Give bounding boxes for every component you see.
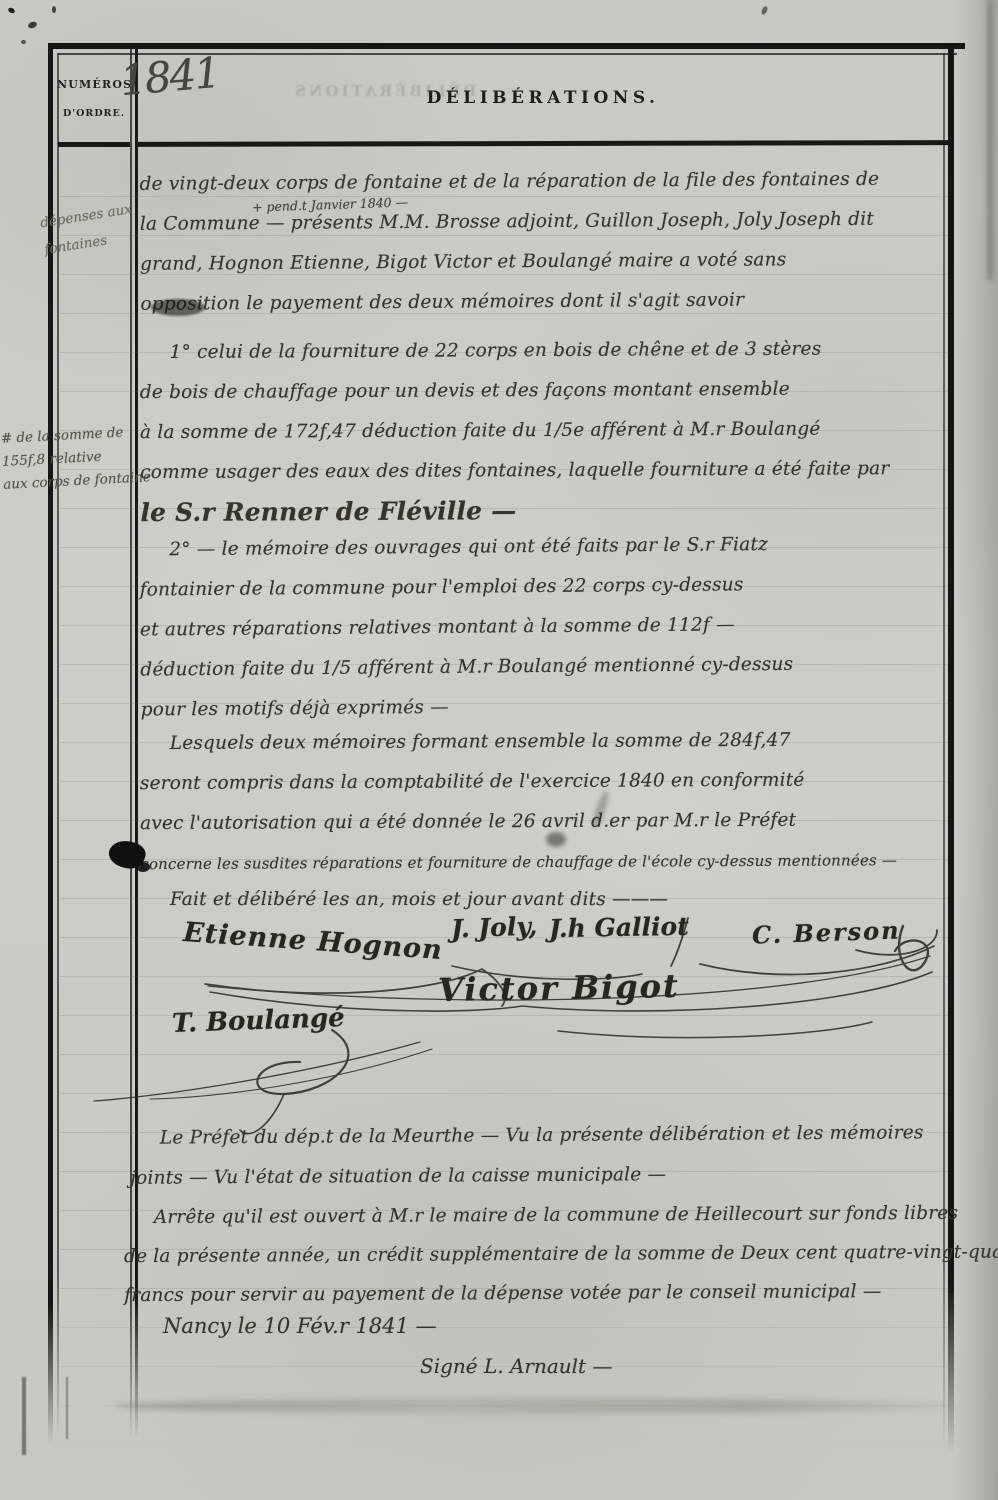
signature-boulange: T. Boulangé: [172, 1003, 346, 1039]
year-annotation: 1841: [118, 48, 221, 105]
handwritten-line: 1° celui de la fourniture de 22 corps en…: [139, 329, 945, 373]
handwritten-line: déduction faite du 1/5 afférent à M.r Bo…: [140, 643, 946, 690]
fold-crease: [22, 1377, 26, 1455]
paragraph-arrete: Arrête qu'il est ouvert à M.r le maire d…: [124, 1194, 931, 1315]
order-column-label-line2: D'ORDRE.: [57, 108, 131, 119]
ink-blot-small: [136, 862, 150, 872]
signature-joly: J. Joly,: [451, 912, 538, 944]
paragraph-continuation: de vingt-deux corps de fontaine et de la…: [139, 159, 946, 325]
frame-top-border: [50, 43, 965, 49]
page-edge-streak: [987, 0, 993, 280]
paragraph-closing-formula: Fait et délibéré les an, mois et jour av…: [140, 880, 946, 920]
scanned-register-page: NUMÉROS D'ORDRE. DÉLIBÉRATIONS DÉLIBÉRAT…: [0, 0, 998, 1500]
ink-speck: [27, 21, 38, 30]
handwritten-line: Fait et délibéré les an, mois et jour av…: [140, 880, 946, 920]
handwritten-line: de la présente année, un crédit suppléme…: [124, 1233, 930, 1276]
handwritten-line: et autres réparations relatives montant …: [140, 603, 946, 650]
date-line: Nancy le 10 Fév.r 1841 —: [163, 1314, 437, 1338]
handwritten-line: la Commune — présents M.M. Brosse adjoin…: [140, 199, 946, 245]
signed-line: Signé L. Arnault —: [420, 1354, 612, 1378]
handwritten-line: joints — Vu l'état de situation de la ca…: [130, 1153, 936, 1199]
paragraph-total: Lesquels deux mémoires formant ensemble …: [140, 720, 947, 884]
bottom-smear: [115, 1398, 955, 1414]
fold-crease-2: [66, 1377, 68, 1439]
margin-note-sum: # de la somme de155f,8 relativeaux corps…: [0, 420, 151, 497]
handwritten-line: francs pour servir au payement de la dép…: [124, 1272, 930, 1315]
ink-smudge: [546, 832, 566, 847]
signature-bigot: Victor Bigot: [438, 967, 680, 1009]
ink-speck: [52, 6, 56, 13]
handwritten-line: opposition le payement des deux mémoires…: [140, 279, 946, 325]
handwritten-line: comme usager des eaux des dites fontaine…: [140, 449, 946, 493]
handwritten-line: Le Préfet du dép.t de la Meurthe — Vu la…: [130, 1113, 936, 1159]
paragraph-item-2: 2° — le mémoire des ouvrages qui ont été…: [139, 523, 947, 730]
handwritten-line: à la somme de 172f,47 déduction faite du…: [140, 409, 946, 453]
signature-galliot: J.h Galliot: [549, 912, 689, 943]
ink-overwrite: [151, 299, 205, 316]
header-rule-left: [58, 142, 130, 147]
handwritten-line: seront compris dans la comptabilité de l…: [140, 760, 946, 804]
handwritten-line: grand, Hognon Etienne, Bigot Victor et B…: [140, 239, 946, 285]
handwritten-line: concerne les susdites réparations et fou…: [140, 840, 946, 884]
ink-speck: [21, 40, 26, 44]
handwritten-line: de bois de chauffage pour un devis et de…: [140, 369, 946, 413]
handwritten-line: Arrête qu'il est ouvert à M.r le maire d…: [124, 1194, 930, 1237]
page-title: DÉLIBÉRATIONS.: [138, 88, 948, 108]
ink-speck: [760, 5, 768, 15]
handwritten-line: 2° — le mémoire des ouvrages qui ont été…: [139, 523, 945, 570]
ink-speck: [7, 7, 16, 15]
handwritten-line: fontainier de la commune pour l'emploi d…: [139, 563, 945, 610]
signature-hognon: Etienne Hognon: [182, 917, 444, 966]
header-rule-main: [138, 140, 948, 147]
paragraph-item-1: 1° celui de la fourniture de 22 corps en…: [139, 329, 946, 533]
handwritten-line: Lesquels deux mémoires formant ensemble …: [140, 720, 946, 764]
signature-berson: C. Berson: [752, 915, 901, 949]
handwritten-line: avec l'autorisation qui a été donnée le …: [140, 800, 946, 844]
paragraph-prefet: Le Préfet du dép.t de la Meurthe — Vu la…: [130, 1113, 937, 1199]
margin-note-fountains: dépenses auxfontaines: [38, 196, 138, 264]
handwritten-line: de vingt-deux corps de fontaine et de la…: [139, 159, 945, 205]
